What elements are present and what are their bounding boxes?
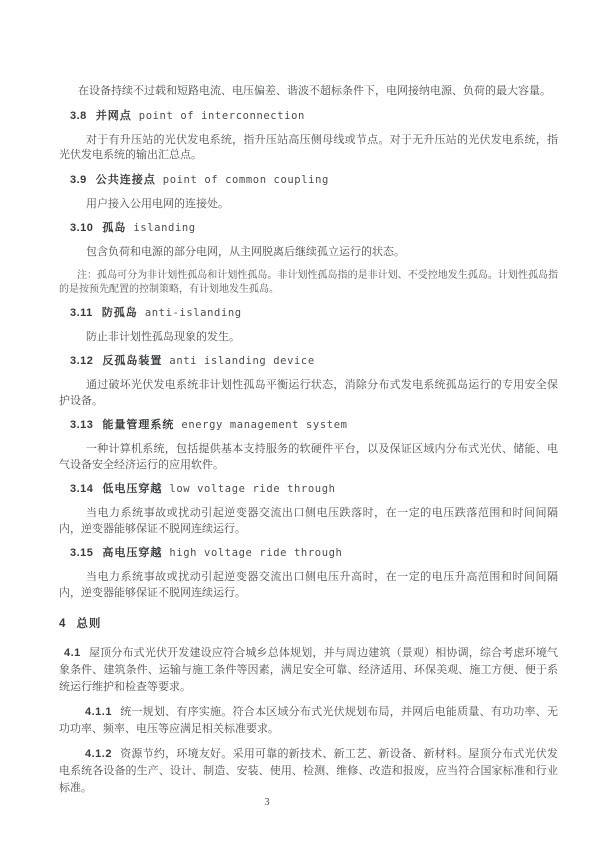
term-zh: 高电压穿越 <box>102 547 162 559</box>
term-heading: 3.10孤岛islanding <box>59 221 558 236</box>
term-number: 3.11 <box>70 307 93 319</box>
page-number: 3 <box>252 797 282 808</box>
chapter-heading: 4总则 <box>59 616 558 632</box>
document-page: 在设备持续不过载和短路电流、电压偏差、谐波不超标条件下，电网接纳电源、负荷的最大… <box>0 0 614 864</box>
term-zh: 孤岛 <box>102 222 126 234</box>
term-en: anti-islanding <box>145 307 242 319</box>
term-zh: 能量管理系统 <box>102 419 174 431</box>
term-en: islanding <box>133 222 195 234</box>
clause-4-1-1: 4.1.1统一规划、有序实施。符合本区域分布式光伏规划布局，并网后电能质量、有功… <box>59 704 558 738</box>
term-zh: 公共连接点 <box>96 174 156 186</box>
term-zh: 防孤岛 <box>102 307 138 319</box>
term-definition: 通过破坏光伏发电系统非计划性孤岛平衡运行状态，消除分布式发电系统孤岛运行的专用安… <box>59 378 558 409</box>
term-definition: 一种计算机系统，包括提供基本支持服务的软硬件平台，以及保证区域内分布式光伏、储能… <box>59 442 558 473</box>
term-en: low voltage ride through <box>169 483 335 495</box>
page-content: 在设备持续不过载和短路电流、电压偏差、谐波不超标条件下，电网接纳电源、负荷的最大… <box>59 76 558 805</box>
clause-number: 4.1 <box>64 647 81 659</box>
term-en: high voltage ride through <box>169 547 342 559</box>
paragraph-capacity-definition: 在设备持续不过载和短路电流、电压偏差、谐波不超标条件下，电网接纳电源、负荷的最大… <box>59 84 558 100</box>
term-number: 3.13 <box>70 419 93 431</box>
term-en: energy management system <box>181 419 347 431</box>
clause-text: 屋顶分布式光伏开发建设应符合城乡总体规划，并与周边建筑（景观）相协调，综合考虑环… <box>59 647 558 693</box>
chapter-number: 4 <box>59 618 66 630</box>
term-number: 3.9 <box>70 174 87 186</box>
clause-number: 4.1.2 <box>85 748 112 760</box>
term-zh: 并网点 <box>96 110 132 122</box>
term-heading: 3.11防孤岛anti-islanding <box>59 306 558 321</box>
term-heading: 3.8并网点point of interconnection <box>59 109 558 124</box>
term-heading: 3.15高电压穿越high voltage ride through <box>59 546 558 561</box>
term-definition: 对于有升压站的光伏发电系统，指升压站高压侧母线或节点。对于无升压站的光伏发电系统… <box>59 133 558 164</box>
term-definition: 用户接入公用电网的连接处。 <box>59 197 558 213</box>
term-heading: 3.12反孤岛装置anti islanding device <box>59 354 558 369</box>
term-en: point of interconnection <box>139 110 305 122</box>
term-definition: 防止非计划性孤岛现象的发生。 <box>59 330 558 346</box>
term-number: 3.12 <box>70 355 93 367</box>
term-number: 3.10 <box>70 222 93 234</box>
clause-4-1-2: 4.1.2资源节约，环境友好。采用可靠的新技术、新工艺、新设备、新材料。屋顶分布… <box>59 746 558 797</box>
term-number: 3.8 <box>70 110 87 122</box>
term-heading: 3.13能量管理系统energy management system <box>59 418 558 433</box>
clause-4-1: 4.1屋顶分布式光伏开发建设应符合城乡总体规划，并与周边建筑（景观）相协调，综合… <box>59 645 558 696</box>
term-note: 注：孤岛可分为非计划性孤岛和计划性孤岛。非计划性孤岛指的是非计划、不受控地发生孤… <box>59 269 558 297</box>
term-heading: 3.9公共连接点point of common coupling <box>59 173 558 188</box>
term-entry-3-13: 3.13能量管理系统energy management system 一种计算机… <box>59 418 558 473</box>
term-en: point of common coupling <box>163 174 329 186</box>
term-entry-3-9: 3.9公共连接点point of common coupling 用户接入公用电… <box>59 173 558 213</box>
term-zh: 低电压穿越 <box>102 483 162 495</box>
term-definition: 当电力系统事故或扰动引起逆变器交流出口侧电压跌落时，在一定的电压跌落范围和时间间… <box>59 506 558 537</box>
term-definition: 包含负荷和电源的部分电网，从主网脱离后继续孤立运行的状态。 <box>59 245 558 261</box>
term-definition: 当电力系统事故或扰动引起逆变器交流出口侧电压升高时，在一定的电压升高范围和时间间… <box>59 570 558 601</box>
clause-number: 4.1.1 <box>85 706 112 718</box>
term-entry-3-11: 3.11防孤岛anti-islanding 防止非计划性孤岛现象的发生。 <box>59 306 558 346</box>
clause-text: 资源节约，环境友好。采用可靠的新技术、新工艺、新设备、新材料。屋顶分布式光伏发电… <box>59 748 558 794</box>
chapter-title: 总则 <box>76 618 101 630</box>
term-en: anti islanding device <box>169 355 314 367</box>
term-zh: 反孤岛装置 <box>102 355 162 367</box>
term-number: 3.15 <box>70 547 93 559</box>
term-number: 3.14 <box>70 483 93 495</box>
term-entry-3-12: 3.12反孤岛装置anti islanding device 通过破坏光伏发电系… <box>59 354 558 409</box>
term-entry-3-10: 3.10孤岛islanding 包含负荷和电源的部分电网，从主网脱离后继续孤立运… <box>59 221 558 297</box>
term-entry-3-15: 3.15高电压穿越high voltage ride through 当电力系统… <box>59 546 558 601</box>
term-heading: 3.14低电压穿越low voltage ride through <box>59 482 558 497</box>
clause-text: 统一规划、有序实施。符合本区域分布式光伏规划布局，并网后电能质量、有功功率、无功… <box>59 706 558 735</box>
term-entry-3-14: 3.14低电压穿越low voltage ride through 当电力系统事… <box>59 482 558 537</box>
term-entry-3-8: 3.8并网点point of interconnection 对于有升压站的光伏… <box>59 109 558 164</box>
